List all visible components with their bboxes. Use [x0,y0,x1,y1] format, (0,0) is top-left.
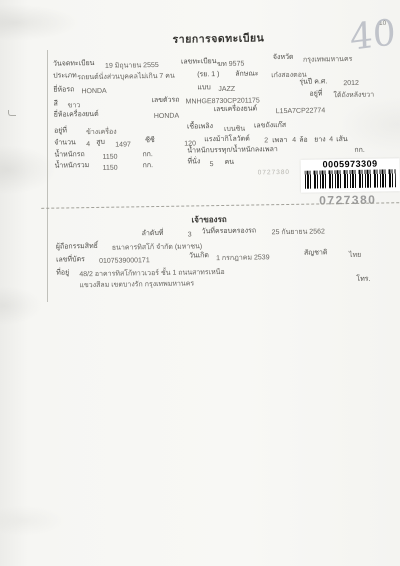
engine-brand-label: ยี่ห้อเครื่องยนต์ [54,110,99,120]
nationality-label: สัญชาติ [304,248,328,257]
curb-weight-value: 1150 [102,153,117,162]
vin-location-label: อยู่ที่ [309,89,322,98]
total-weight-value: 1150 [103,164,118,173]
document-title: รายการจดทะเบียน [173,34,265,44]
address-label: ที่อยู่ [56,268,69,277]
cylinders-value: 4 [86,140,90,149]
seats-unit: คน [224,158,234,167]
body-style-label: ลักษณะ [235,69,259,78]
owner-section-header: เจ้าของรถ [191,215,226,225]
card-number-label: เลขที่บัตร [56,255,85,264]
model-label: แบบ [197,83,211,92]
axles-unit: เพลา [272,136,287,145]
brand-value: HONDA [81,87,106,96]
possession-date-label: วันที่ครอบครองรถ [202,226,257,236]
vehicle-type-value: รถยนต์นั่งส่วนบุคคลไม่เกิน 7 คน [77,72,175,83]
model-year-value: 2012 [343,79,359,88]
registration-date-label: วันจดทะเบียน [53,59,95,69]
cylinders-label: จำนวน [54,138,76,147]
curb-weight-label: น้ำหนักรถ [54,150,84,159]
vin-location-value: ใต้ถังหลังขวา [333,91,374,101]
total-weight-label: น้ำหนักรวม [55,161,90,171]
gas-tank-number-label: เลขถังแก๊ส [254,121,286,131]
color-value: ขาว [68,101,81,110]
scanned-registration-document: 10 40 รายการจดทะเบียน วันจดทะเบียน 19 มิ… [0,0,400,566]
model-value: JAZZ [218,85,235,94]
total-weight-unit: กก. [143,161,154,170]
sequence-label: ลำดับที่ [142,229,164,238]
birth-date-value: 1 กรกฎาคม 2539 [216,253,270,263]
tires-unit: เส้น [336,135,348,144]
wheels-unit: ล้อ [299,136,308,145]
horsepower-unit: แรงม้ากิโลวัตต์ [204,135,250,145]
vehicle-type-label: ประเภท [53,71,77,80]
engine-cc-unit: ซีซี [145,136,155,145]
seats-value: 5 [210,160,214,169]
fuel-label: เชื้อเพลิง [187,122,213,131]
nationality-value: ไทย [349,251,361,260]
barcode-bars [305,169,396,188]
wheels-value: 4 [292,136,296,145]
document-content: รายการจดทะเบียน วันจดทะเบียน 19 มิถุนายน… [0,0,400,566]
cylinders-unit: สูบ [96,138,105,147]
fuel-value: เบนซิน [224,125,245,134]
tires-value: 4 [329,135,333,144]
load-weight-label: น้ำหนักบรรทุก/น้ำหนักลงเพลา [187,145,278,155]
engine-brand-value: HONDA [154,112,179,121]
load-weight-unit: กก. [354,146,365,155]
registration-date-value: 19 มิถุนายน 2555 [105,61,159,71]
color-label: สี [54,100,58,109]
curb-weight-unit: กก. [142,150,153,159]
plate-number-value: ฆท 9575 [217,60,244,69]
engine-location-label: อยู่ที่ [54,126,67,135]
holder-label: ผู้ถือกรรมสิทธิ์ [56,242,98,252]
engine-number-label: เลขเครื่องยนต์ [214,104,257,114]
tires-label: ยาง [314,135,326,144]
faint-stamp-number: 0727380 [258,168,290,178]
card-number-value: 0107539000171 [99,256,150,266]
engine-number-value: L15A7CP22774 [276,106,326,116]
vin-label: เลขตัวรถ [152,96,180,105]
birth-date-label: วันเกิด [189,251,209,260]
engine-cc-value: 1497 [115,140,131,149]
engine-location-value: ข้างเครื่อง [86,128,117,137]
plate-number-label: เลขทะเบียน [181,57,217,67]
axles-value: 2 [264,136,268,145]
vehicle-type-code: (รย. 1 ) [197,70,219,79]
phone-label: โทร. [356,275,370,284]
barcode: 0005973309 [301,158,400,193]
seats-label: ที่นั่ง [187,157,200,166]
sequence-value: 3 [188,230,192,239]
brand-label: ยี่ห้อรถ [53,85,74,94]
province-label: จังหวัด [273,53,294,62]
address-line2: แขวงสีลม เขตบางรัก กรุงเทพมหานคร [79,279,194,290]
possession-date-value: 25 กันยายน 2562 [272,227,325,237]
province-value: กรุงเทพมหานคร [303,55,353,65]
model-year-label: รุ่นปี ค.ศ. [299,77,327,86]
address-line1: 48/2 อาคารทิสโก้ทาวเวอร์ ชั้น 1 ถนนสาทรเ… [79,268,224,279]
